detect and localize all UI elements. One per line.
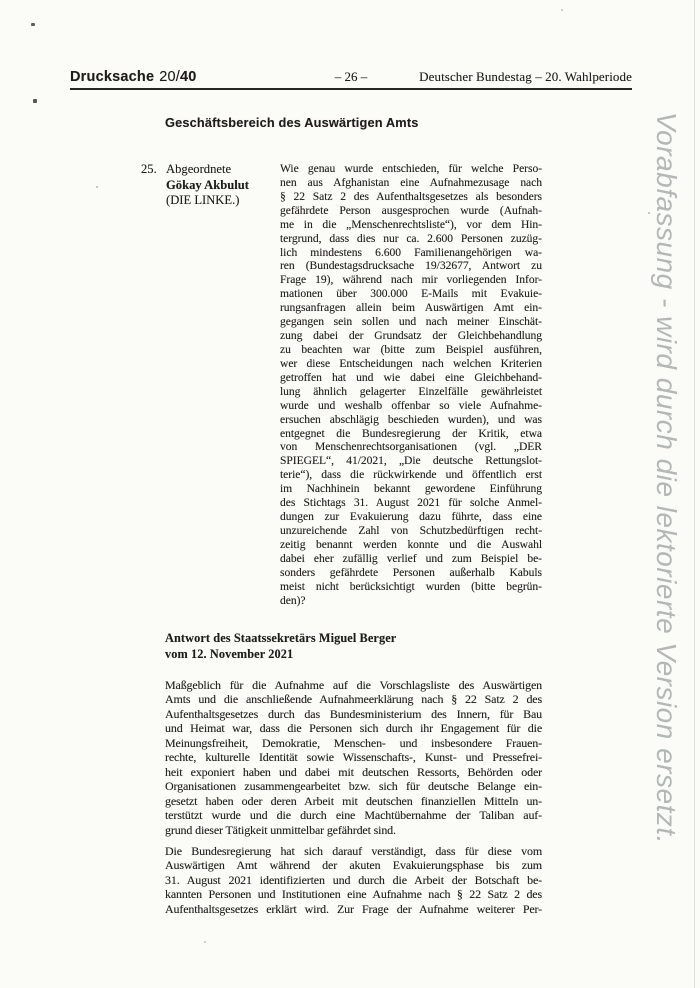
text-line: Meinungsfreiheit, Demokratie, Menschen- … [165,736,542,750]
doc-number: Drucksache20/40 [70,69,197,85]
text-line: nen aus Afghanistan eine Aufnahmezusage … [280,176,542,190]
text-line: meist nicht berücksichtigt wurden (bitte… [280,580,542,594]
text-line: tergrund, dass dies nur ca. 2.600 Person… [280,232,542,246]
text-line: Aufenthaltsgesetzes erklärt wird. Zur Fr… [165,902,542,916]
text-line: rechte, kulturelle Identität sowie Wisse… [165,750,542,764]
watermark-text: Vorabfassung - wird durch die lektoriert… [640,112,682,972]
scan-speck [96,186,98,188]
text-line: getroffen hat und wie dabei eine Gleichb… [280,371,542,385]
scan-speck [31,23,35,26]
page-number: – 26 – [335,69,368,85]
text-line: wer diese Entscheidungen nach welchen Kr… [280,357,542,371]
question-number: 25. [141,162,157,177]
text-line: zung dabei der Grundsatz der Gleichbehan… [280,329,542,343]
questioner-block: Abgeordnete Gökay Akbulut (DIE LINKE.) [166,162,249,209]
scan-speck [204,941,206,943]
text-line: Wie genau wurde entschieden, für welche … [280,162,542,176]
text-line: mationen über 300.000 E-Mails mit Evakui… [280,287,542,301]
questioner-name: Gökay Akbulut [166,178,249,194]
doc-number-prefix: 20/ [159,69,180,85]
text-line: SPIEGEL“, 41/2021, „Die deutsche Rettung… [280,454,542,468]
text-line: ren (Bundestagsdrucksache 19/32677, Antw… [280,259,542,273]
text-line: Maßgeblich für die Aufnahme auf die Vors… [165,678,542,692]
text-line: Die Bundesregierung hat sich darauf vers… [165,844,542,858]
answer-paragraph-1: Maßgeblich für die Aufnahme auf die Vors… [165,678,542,837]
text-line: kannten Personen und Institutionen eine … [165,887,542,901]
doc-label: Drucksache [70,69,154,85]
text-line: lich mindestens 6.600 Familienangehörige… [280,246,542,260]
text-line: entgegnet die Bundesregierung der Kritik… [280,427,542,441]
text-line: dabei eher zufällig verlief und zum Beis… [280,552,542,566]
questioner-party: (DIE LINKE.) [166,193,249,209]
text-line: den)? [280,594,542,608]
text-line: unzureichende Zahl von Schutzbedürftigen… [280,524,542,538]
text-line: terstützt wurde und die durch eine Macht… [165,808,542,822]
text-line: terie“), dass die rückwirkende und öffen… [280,468,542,482]
text-line: ersuchen abschlägig beschieden wurden), … [280,413,542,427]
text-line: gegangen sein sollen und nach meiner Ein… [280,315,542,329]
answer-paragraph-2: Die Bundesregierung hat sich darauf vers… [165,844,542,916]
page-edge-line [694,0,695,988]
page-header: Drucksache20/40 – 26 – Deutscher Bundest… [70,62,632,90]
text-line: zeitig benannt werden konnte und die Aus… [280,538,542,552]
text-line: gesetzt haben oder deren Arbeit mit deut… [165,794,542,808]
text-line: § 22 Satz 2 des Aufenthaltsgesetzes als … [280,190,542,204]
text-line: heit exponiert haben und dabei mit deuts… [165,765,542,779]
text-line: im Nachhinein bekannt gewordene Einführu… [280,482,542,496]
text-line: zu beachten war (bitte zum Beispiel ausf… [280,343,542,357]
text-line: me in die „Menschenrechtsliste“), vor de… [280,218,542,232]
text-line: von Menschenrechtsorganisationen (vgl. „… [280,440,542,454]
text-line: des Stichtags 31. August 2021 für solche… [280,496,542,510]
scan-speck [561,9,563,11]
text-line: Aufenthaltsgesetzes durch das Bundesmini… [165,707,542,721]
answer-heading: Antwort des Staatssekretärs Miguel Berge… [165,630,396,662]
questioner-role: Abgeordnete [166,162,249,178]
doc-number-suffix: 40 [180,69,197,85]
question-text: Wie genau wurde entschieden, für welche … [280,162,542,608]
text-line: Amts und die anschließende Aufnahmeerklä… [165,692,542,706]
answer-heading-date: vom 12. November 2021 [165,646,396,662]
text-line: rungsanfragen allein beim Auswärtigen Am… [280,301,542,315]
text-line: Organisationen zusammengearbeitet bzw. s… [165,779,542,793]
section-title: Geschäftsbereich des Auswärtigen Amts [165,115,419,130]
scan-speck [648,212,650,214]
text-line: lung ähnlich gelagerter Einzelfälle gewä… [280,385,542,399]
text-line: grund dieser Tätigkeit unmittelbar gefäh… [165,823,542,837]
document-page: Vorabfassung - wird durch die lektoriert… [0,0,700,988]
text-line: gefährdete Person ausgesprochen wurde (A… [280,204,542,218]
text-line: sonders gefährdete Personen außerhalb Ka… [280,566,542,580]
text-line: Frage 19), während nach mir vorliegenden… [280,273,542,287]
text-line: wurde und weshalb offenbar so viele Aufn… [280,399,542,413]
text-line: dungen zur Evakuierung dazu führte, dass… [280,510,542,524]
text-line: 31. August 2021 identifizierten und durc… [165,873,542,887]
scan-speck [33,99,37,103]
text-line: Auswärtigen Amt während der akuten Evaku… [165,858,542,872]
answer-heading-title: Antwort des Staatssekretärs Miguel Berge… [165,630,396,646]
volume-title: Deutscher Bundestag – 20. Wahlperiode [419,69,632,85]
text-line: und Heimat war, dass die Personen sich d… [165,721,542,735]
